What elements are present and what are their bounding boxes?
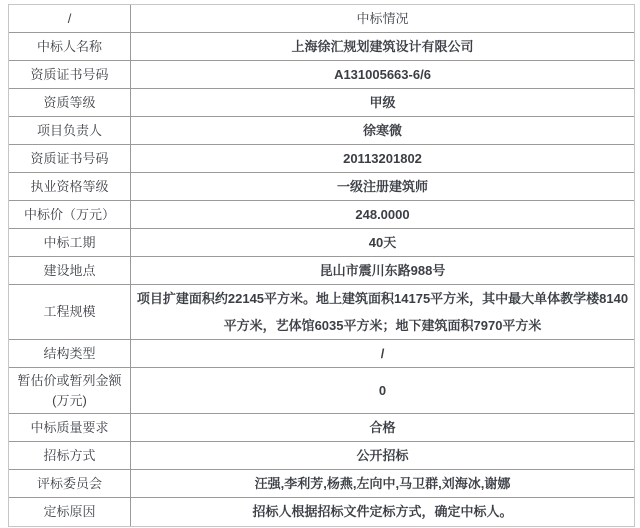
row-value: / xyxy=(131,340,634,368)
table-row: 工程规模 项目扩建面积约22145平方米。地上建筑面积14175平方米，其中最大… xyxy=(9,285,634,340)
row-label: 评标委员会 xyxy=(9,470,131,498)
row-label: / xyxy=(9,5,131,33)
table-row: 资质等级 甲级 xyxy=(9,89,634,117)
row-value: 中标情况 xyxy=(131,5,634,33)
row-value: 0 xyxy=(131,368,634,414)
table-row: 中标人名称 上海徐汇规划建筑设计有限公司 xyxy=(9,33,634,61)
page: / 中标情况 中标人名称 上海徐汇规划建筑设计有限公司 资质证书号码 A1310… xyxy=(0,0,640,528)
row-value: 248.0000 xyxy=(131,201,634,229)
row-label: 定标原因 xyxy=(9,498,131,526)
row-label: 工程规模 xyxy=(9,285,131,340)
table-row: 中标质量要求 合格 xyxy=(9,414,634,442)
row-label: 建设地点 xyxy=(9,257,131,285)
row-label: 资质证书号码 xyxy=(9,145,131,173)
row-label: 执业资格等级 xyxy=(9,173,131,201)
row-value: 甲级 xyxy=(131,89,634,117)
table-row: 评标委员会 汪强,李利芳,杨燕,左向中,马卫群,刘海冰,谢娜 xyxy=(9,470,634,498)
bid-info-table-container: / 中标情况 中标人名称 上海徐汇规划建筑设计有限公司 资质证书号码 A1310… xyxy=(8,4,635,527)
row-value: 招标人根据招标文件定标方式，确定中标人。 xyxy=(131,498,634,526)
row-value: 20113201802 xyxy=(131,145,634,173)
table-row: / 中标情况 xyxy=(9,5,634,33)
row-label: 中标价（万元） xyxy=(9,201,131,229)
table-row: 资质证书号码 20113201802 xyxy=(9,145,634,173)
table-row: 建设地点 昆山市震川东路988号 xyxy=(9,257,634,285)
table-row: 招标方式 公开招标 xyxy=(9,442,634,470)
row-value: 昆山市震川东路988号 xyxy=(131,257,634,285)
row-value: 徐寒微 xyxy=(131,117,634,145)
row-value: 公开招标 xyxy=(131,442,634,470)
bid-info-table: / 中标情况 中标人名称 上海徐汇规划建筑设计有限公司 资质证书号码 A1310… xyxy=(9,5,634,526)
table-row: 项目负责人 徐寒微 xyxy=(9,117,634,145)
row-value: 合格 xyxy=(131,414,634,442)
row-label: 中标工期 xyxy=(9,229,131,257)
row-label: 中标质量要求 xyxy=(9,414,131,442)
table-row: 结构类型 / xyxy=(9,340,634,368)
table-row: 中标工期 40天 xyxy=(9,229,634,257)
row-value: 一级注册建筑师 xyxy=(131,173,634,201)
row-label: 资质证书号码 xyxy=(9,61,131,89)
row-label: 资质等级 xyxy=(9,89,131,117)
table-row: 执业资格等级 一级注册建筑师 xyxy=(9,173,634,201)
table-row: 定标原因 招标人根据招标文件定标方式，确定中标人。 xyxy=(9,498,634,526)
row-label: 结构类型 xyxy=(9,340,131,368)
row-value: A131005663-6/6 xyxy=(131,61,634,89)
row-value: 项目扩建面积约22145平方米。地上建筑面积14175平方米，其中最大单体教学楼… xyxy=(131,285,634,340)
row-label: 招标方式 xyxy=(9,442,131,470)
table-row: 资质证书号码 A131005663-6/6 xyxy=(9,61,634,89)
row-label: 中标人名称 xyxy=(9,33,131,61)
table-row: 中标价（万元） 248.0000 xyxy=(9,201,634,229)
row-label: 项目负责人 xyxy=(9,117,131,145)
table-row: 暂估价或暂列金额(万元) 0 xyxy=(9,368,634,414)
row-value: 汪强,李利芳,杨燕,左向中,马卫群,刘海冰,谢娜 xyxy=(131,470,634,498)
row-value: 40天 xyxy=(131,229,634,257)
row-value: 上海徐汇规划建筑设计有限公司 xyxy=(131,33,634,61)
row-label: 暂估价或暂列金额(万元) xyxy=(9,368,131,414)
